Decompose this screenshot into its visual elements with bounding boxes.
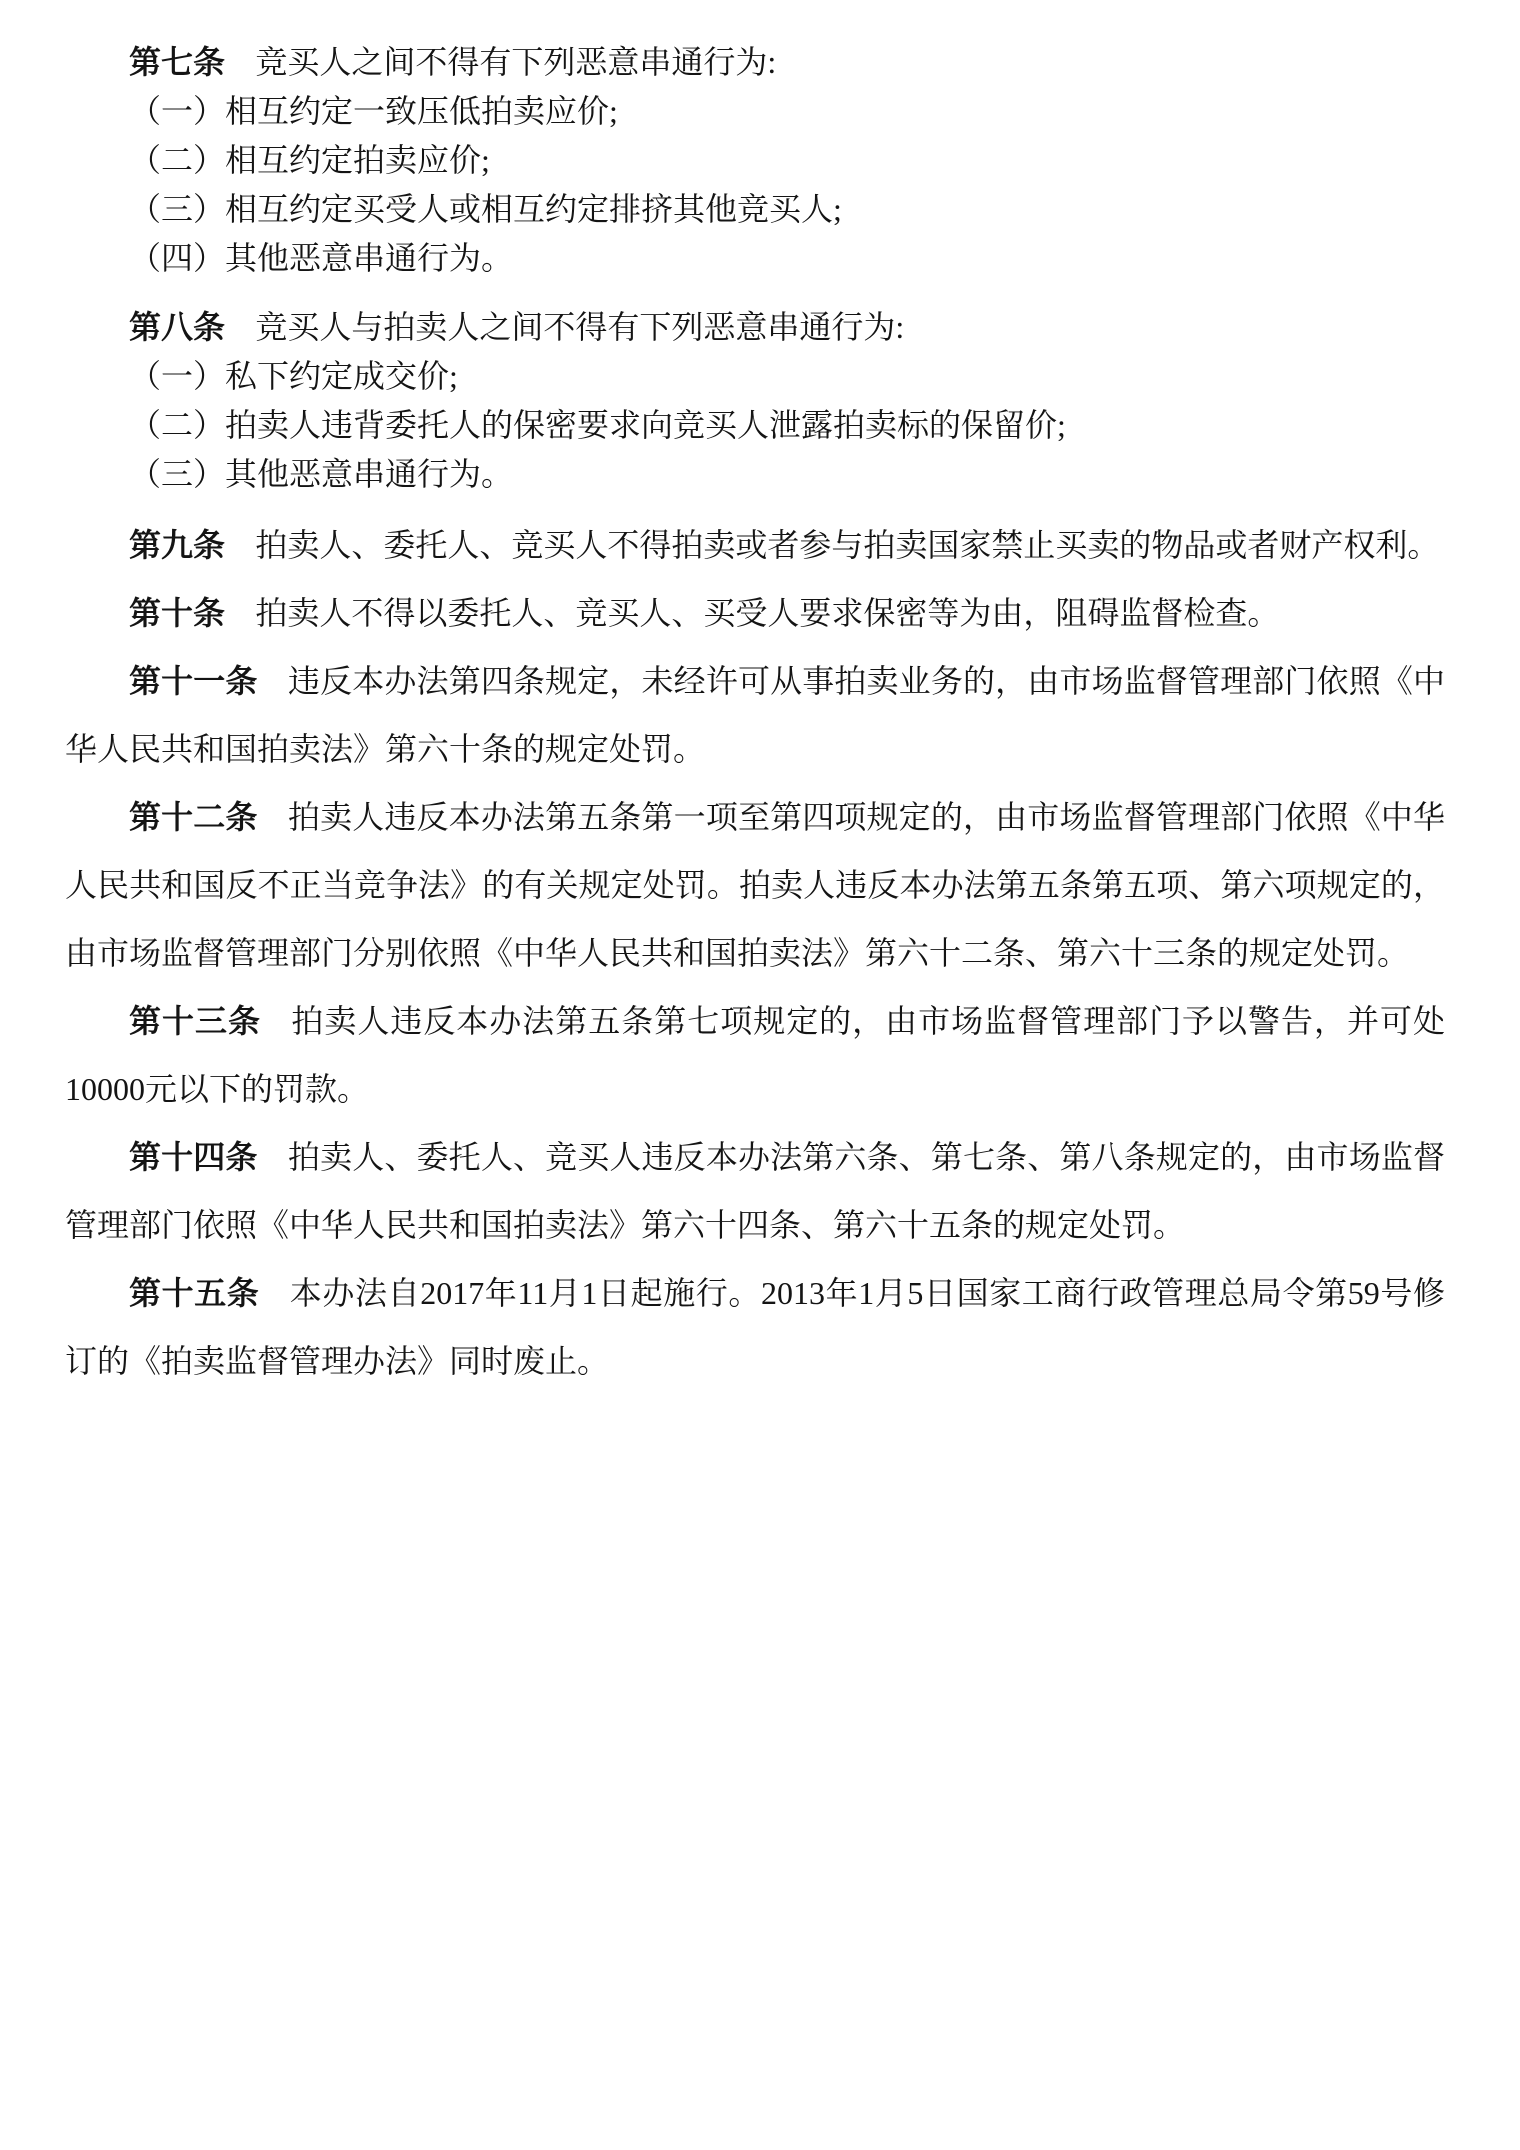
list-item: （一）相互约定一致压低拍卖应价;	[65, 87, 1445, 136]
document-page: 第七条竞买人之间不得有下列恶意串通行为:（一）相互约定一致压低拍卖应价;（二）相…	[0, 0, 1520, 2150]
item-text: （三）相互约定买受人或相互约定排挤其他竞买人;	[129, 191, 842, 227]
article-text: 竞买人之间不得有下列恶意串通行为:	[255, 44, 776, 80]
list-item: （二）相互约定拍卖应价;	[65, 136, 1445, 185]
article-paragraph: 第十二条拍卖人违反本办法第五条第一项至第四项规定的，由市场监督管理部门依照《中华…	[65, 783, 1445, 987]
article-text: 拍卖人违反本办法第五条第七项规定的，由市场监督管理部门予以警告，并可处10000…	[65, 1003, 1445, 1107]
article-number-label: 第九条	[129, 527, 225, 563]
item-text: （一）私下约定成交价;	[129, 358, 458, 394]
article-number-label: 第十三条	[129, 1003, 261, 1039]
article-number-label: 第十四条	[129, 1139, 258, 1175]
article-number-label: 第十五条	[129, 1275, 259, 1311]
article-number-label: 第七条	[129, 44, 225, 80]
list-item: （四）其他恶意串通行为。	[65, 234, 1445, 283]
article-paragraph: 第八条竞买人与拍卖人之间不得有下列恶意串通行为:	[65, 303, 1445, 352]
list-item: （三）其他恶意串通行为。	[65, 450, 1445, 499]
article-text: 拍卖人不得以委托人、竞买人、买受人要求保密等为由，阻碍监督检查。	[255, 595, 1279, 631]
article-number-label: 第十条	[129, 595, 225, 631]
article-text: 违反本办法第四条规定，未经许可从事拍卖业务的，由市场监督管理部门依照《中华人民共…	[65, 663, 1445, 767]
article-number-label: 第十二条	[129, 799, 258, 835]
article-paragraph: 第十四条拍卖人、委托人、竞买人违反本办法第六条、第七条、第八条规定的，由市场监督…	[65, 1123, 1445, 1259]
article-paragraph: 第九条拍卖人、委托人、竞买人不得拍卖或者参与拍卖国家禁止买卖的物品或者财产权利。	[65, 511, 1445, 579]
article-paragraph: 第十条拍卖人不得以委托人、竞买人、买受人要求保密等为由，阻碍监督检查。	[65, 579, 1445, 647]
item-text: （三）其他恶意串通行为。	[129, 456, 513, 492]
list-item: （一）私下约定成交价;	[65, 352, 1445, 401]
article-paragraph: 第十五条本办法自2017年11月1日起施行。2013年1月5日国家工商行政管理总…	[65, 1259, 1445, 1395]
item-text: （二）拍卖人违背委托人的保密要求向竞买人泄露拍卖标的保留价;	[129, 407, 1066, 443]
article-number-label: 第十一条	[129, 663, 258, 699]
article-paragraph: 第七条竞买人之间不得有下列恶意串通行为:	[65, 38, 1445, 87]
item-text: （二）相互约定拍卖应价;	[129, 142, 490, 178]
list-item: （三）相互约定买受人或相互约定排挤其他竞买人;	[65, 185, 1445, 234]
article-text: 本办法自2017年11月1日起施行。2013年1月5日国家工商行政管理总局令第5…	[65, 1275, 1445, 1379]
article-paragraph: 第十三条拍卖人违反本办法第五条第七项规定的，由市场监督管理部门予以警告，并可处1…	[65, 987, 1445, 1123]
article-text: 拍卖人违反本办法第五条第一项至第四项规定的，由市场监督管理部门依照《中华人民共和…	[65, 799, 1445, 971]
document-body: 第七条竞买人之间不得有下列恶意串通行为:（一）相互约定一致压低拍卖应价;（二）相…	[65, 38, 1445, 1395]
list-item: （二）拍卖人违背委托人的保密要求向竞买人泄露拍卖标的保留价;	[65, 401, 1445, 450]
article-text: 拍卖人、委托人、竞买人违反本办法第六条、第七条、第八条规定的，由市场监督管理部门…	[65, 1139, 1445, 1243]
article-text: 竞买人与拍卖人之间不得有下列恶意串通行为:	[255, 309, 904, 345]
article-text: 拍卖人、委托人、竞买人不得拍卖或者参与拍卖国家禁止买卖的物品或者财产权利。	[255, 527, 1439, 563]
item-text: （一）相互约定一致压低拍卖应价;	[129, 93, 618, 129]
article-number-label: 第八条	[129, 309, 225, 345]
item-text: （四）其他恶意串通行为。	[129, 240, 513, 276]
article-paragraph: 第十一条违反本办法第四条规定，未经许可从事拍卖业务的，由市场监督管理部门依照《中…	[65, 647, 1445, 783]
